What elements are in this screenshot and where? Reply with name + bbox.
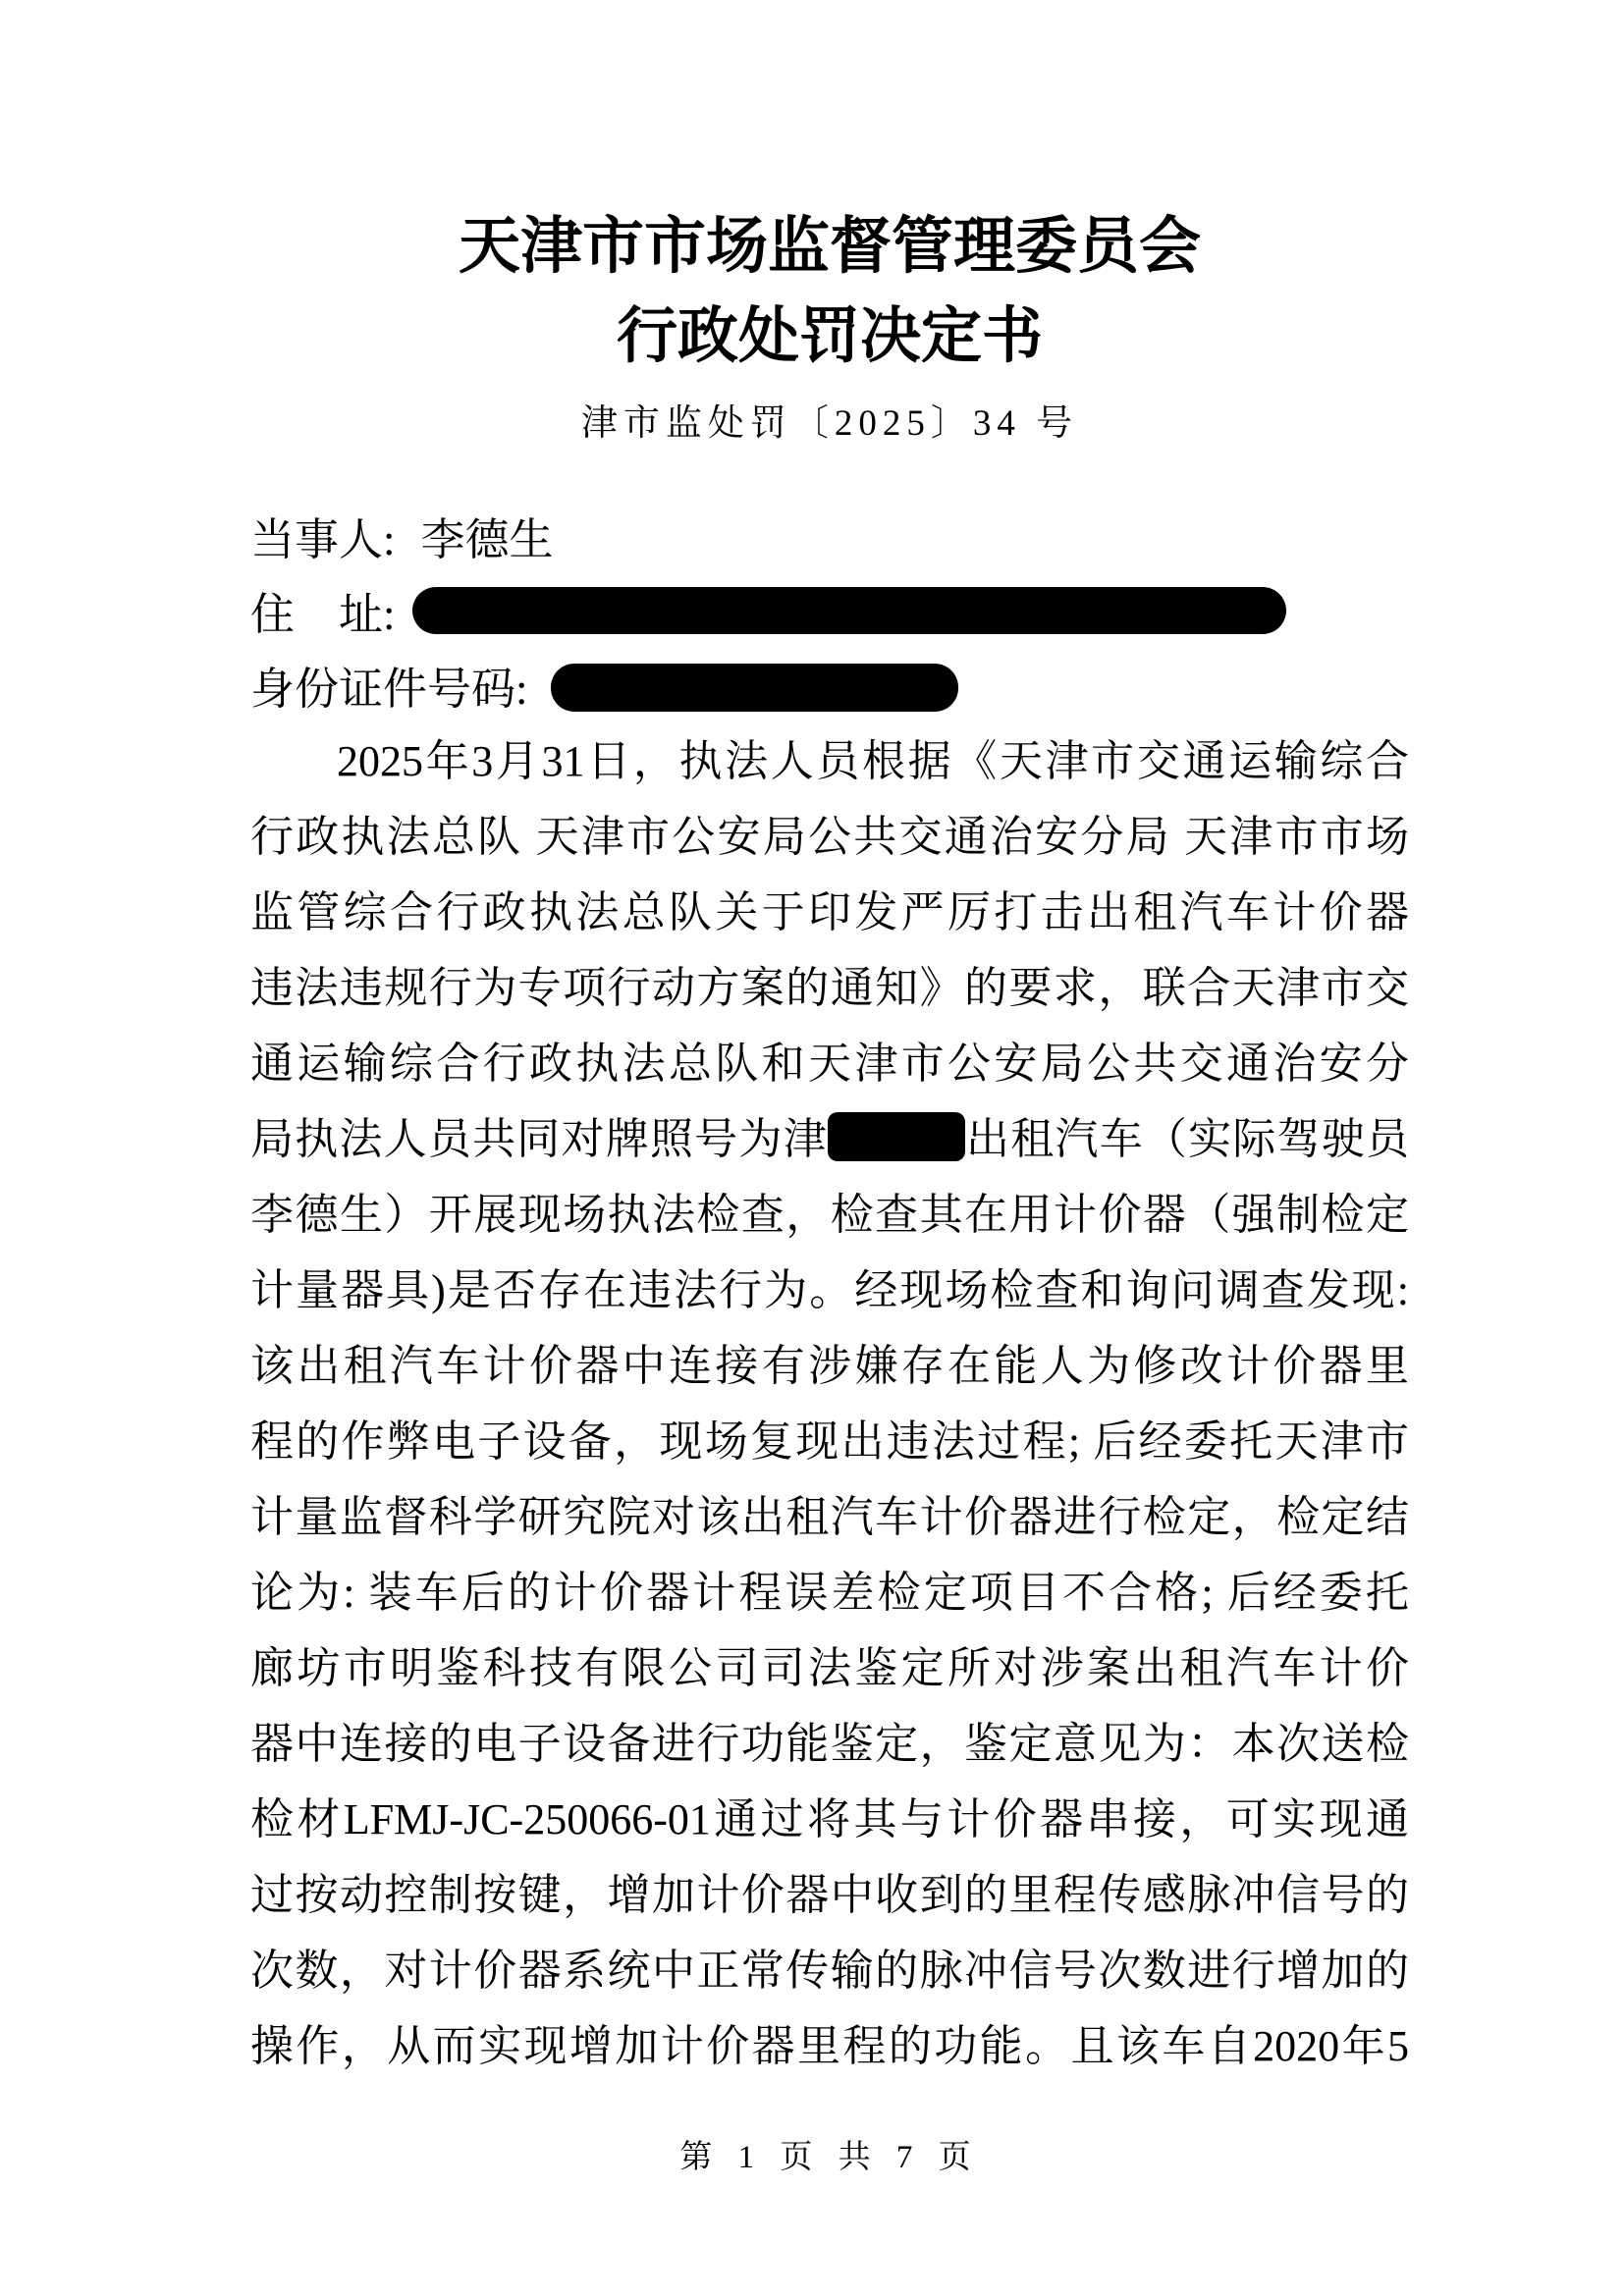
body-line: 违法违规行为专项行动方案的通知》的要求，联合天津市交 xyxy=(250,950,1409,1026)
body-line: 检材LFMJ-JC-250066-01通过将其与计价器串接，可实现通 xyxy=(250,1782,1409,1857)
body-line: 监管综合行政执法总队关于印发严厉打击出租汽车计价器 xyxy=(250,875,1409,950)
body-line-6-before: 局执法人员共同对牌照号为津 xyxy=(250,1115,828,1163)
body-line: 计量器具)是否存在违法行为。经现场检查和询问调查发现: xyxy=(250,1253,1409,1328)
body-line: 次数，对计价器系统中正常传输的脉冲信号次数进行增加的 xyxy=(250,1933,1409,2008)
party-id-label: 身份证件号码: xyxy=(250,652,528,726)
id-number-redaction-bar xyxy=(551,664,958,712)
body-line: 李德生）开展现场执法检查，检查其在用计价器（强制检定 xyxy=(250,1177,1409,1253)
license-plate-redaction-bar xyxy=(828,1112,965,1161)
body-line: 廊坊市明鉴科技有限公司司法鉴定所对涉案出租汽车计价 xyxy=(250,1630,1409,1706)
body-line: 计量监督科学研究院对该出租汽车计价器进行检定，检定结 xyxy=(250,1479,1409,1555)
body-line-with-redaction: 局执法人员共同对牌照号为津出租汽车（实际驾驶员 xyxy=(250,1101,1409,1177)
party-address-label: 住 址: xyxy=(250,577,396,652)
body-line: 过按动控制按键，增加计价器中收到的里程传感脉冲信号的 xyxy=(250,1857,1409,1933)
body-line: 2025年3月31日，执法人员根据《天津市交通运输综合 xyxy=(250,723,1409,799)
document-number: 津市监处罚〔2025〕34 号 xyxy=(250,400,1409,448)
party-name-label: 当事人: xyxy=(250,503,396,577)
body-line: 操作，从而实现增加计价器里程的功能。且该车自2020年5 xyxy=(250,2008,1409,2084)
body-line: 器中连接的电子设备进行功能鉴定，鉴定意见为：本次送检 xyxy=(250,1706,1409,1782)
address-redaction-bar xyxy=(412,587,1286,634)
body-line: 该出租汽车计价器中连接有涉嫌存在能人为修改计价器里 xyxy=(250,1328,1409,1404)
body-line: 行政执法总队 天津市公安局公共交通治安分局 天津市市场 xyxy=(250,799,1409,875)
document-title-line2: 行政处罚决定书 xyxy=(250,299,1409,374)
body-line-6-after: 出租汽车（实际驾驶员 xyxy=(965,1115,1409,1163)
body-line: 程的作弊电子设备，现场复现出违法过程; 后经委托天津市 xyxy=(250,1404,1409,1479)
page-number-footer: 第 1 页 共 7 页 xyxy=(250,2136,1409,2179)
body-line: 通运输综合行政执法总队和天津市公安局公共交通治安分 xyxy=(250,1026,1409,1101)
document-title-line1: 天津市市场监督管理委员会 xyxy=(250,208,1409,285)
party-name-line: 当事人:李德生 xyxy=(250,503,1409,577)
body-paragraph: 2025年3月31日，执法人员根据《天津市交通运输综合 行政执法总队 天津市公安… xyxy=(250,723,1409,2084)
document-page: 天津市市场监督管理委员会 行政处罚决定书 津市监处罚〔2025〕34 号 当事人… xyxy=(0,0,1624,2296)
body-line: 论为: 装车后的计价器计程误差检定项目不合格; 后经委托 xyxy=(250,1555,1409,1630)
party-name-value: 李德生 xyxy=(421,515,554,564)
